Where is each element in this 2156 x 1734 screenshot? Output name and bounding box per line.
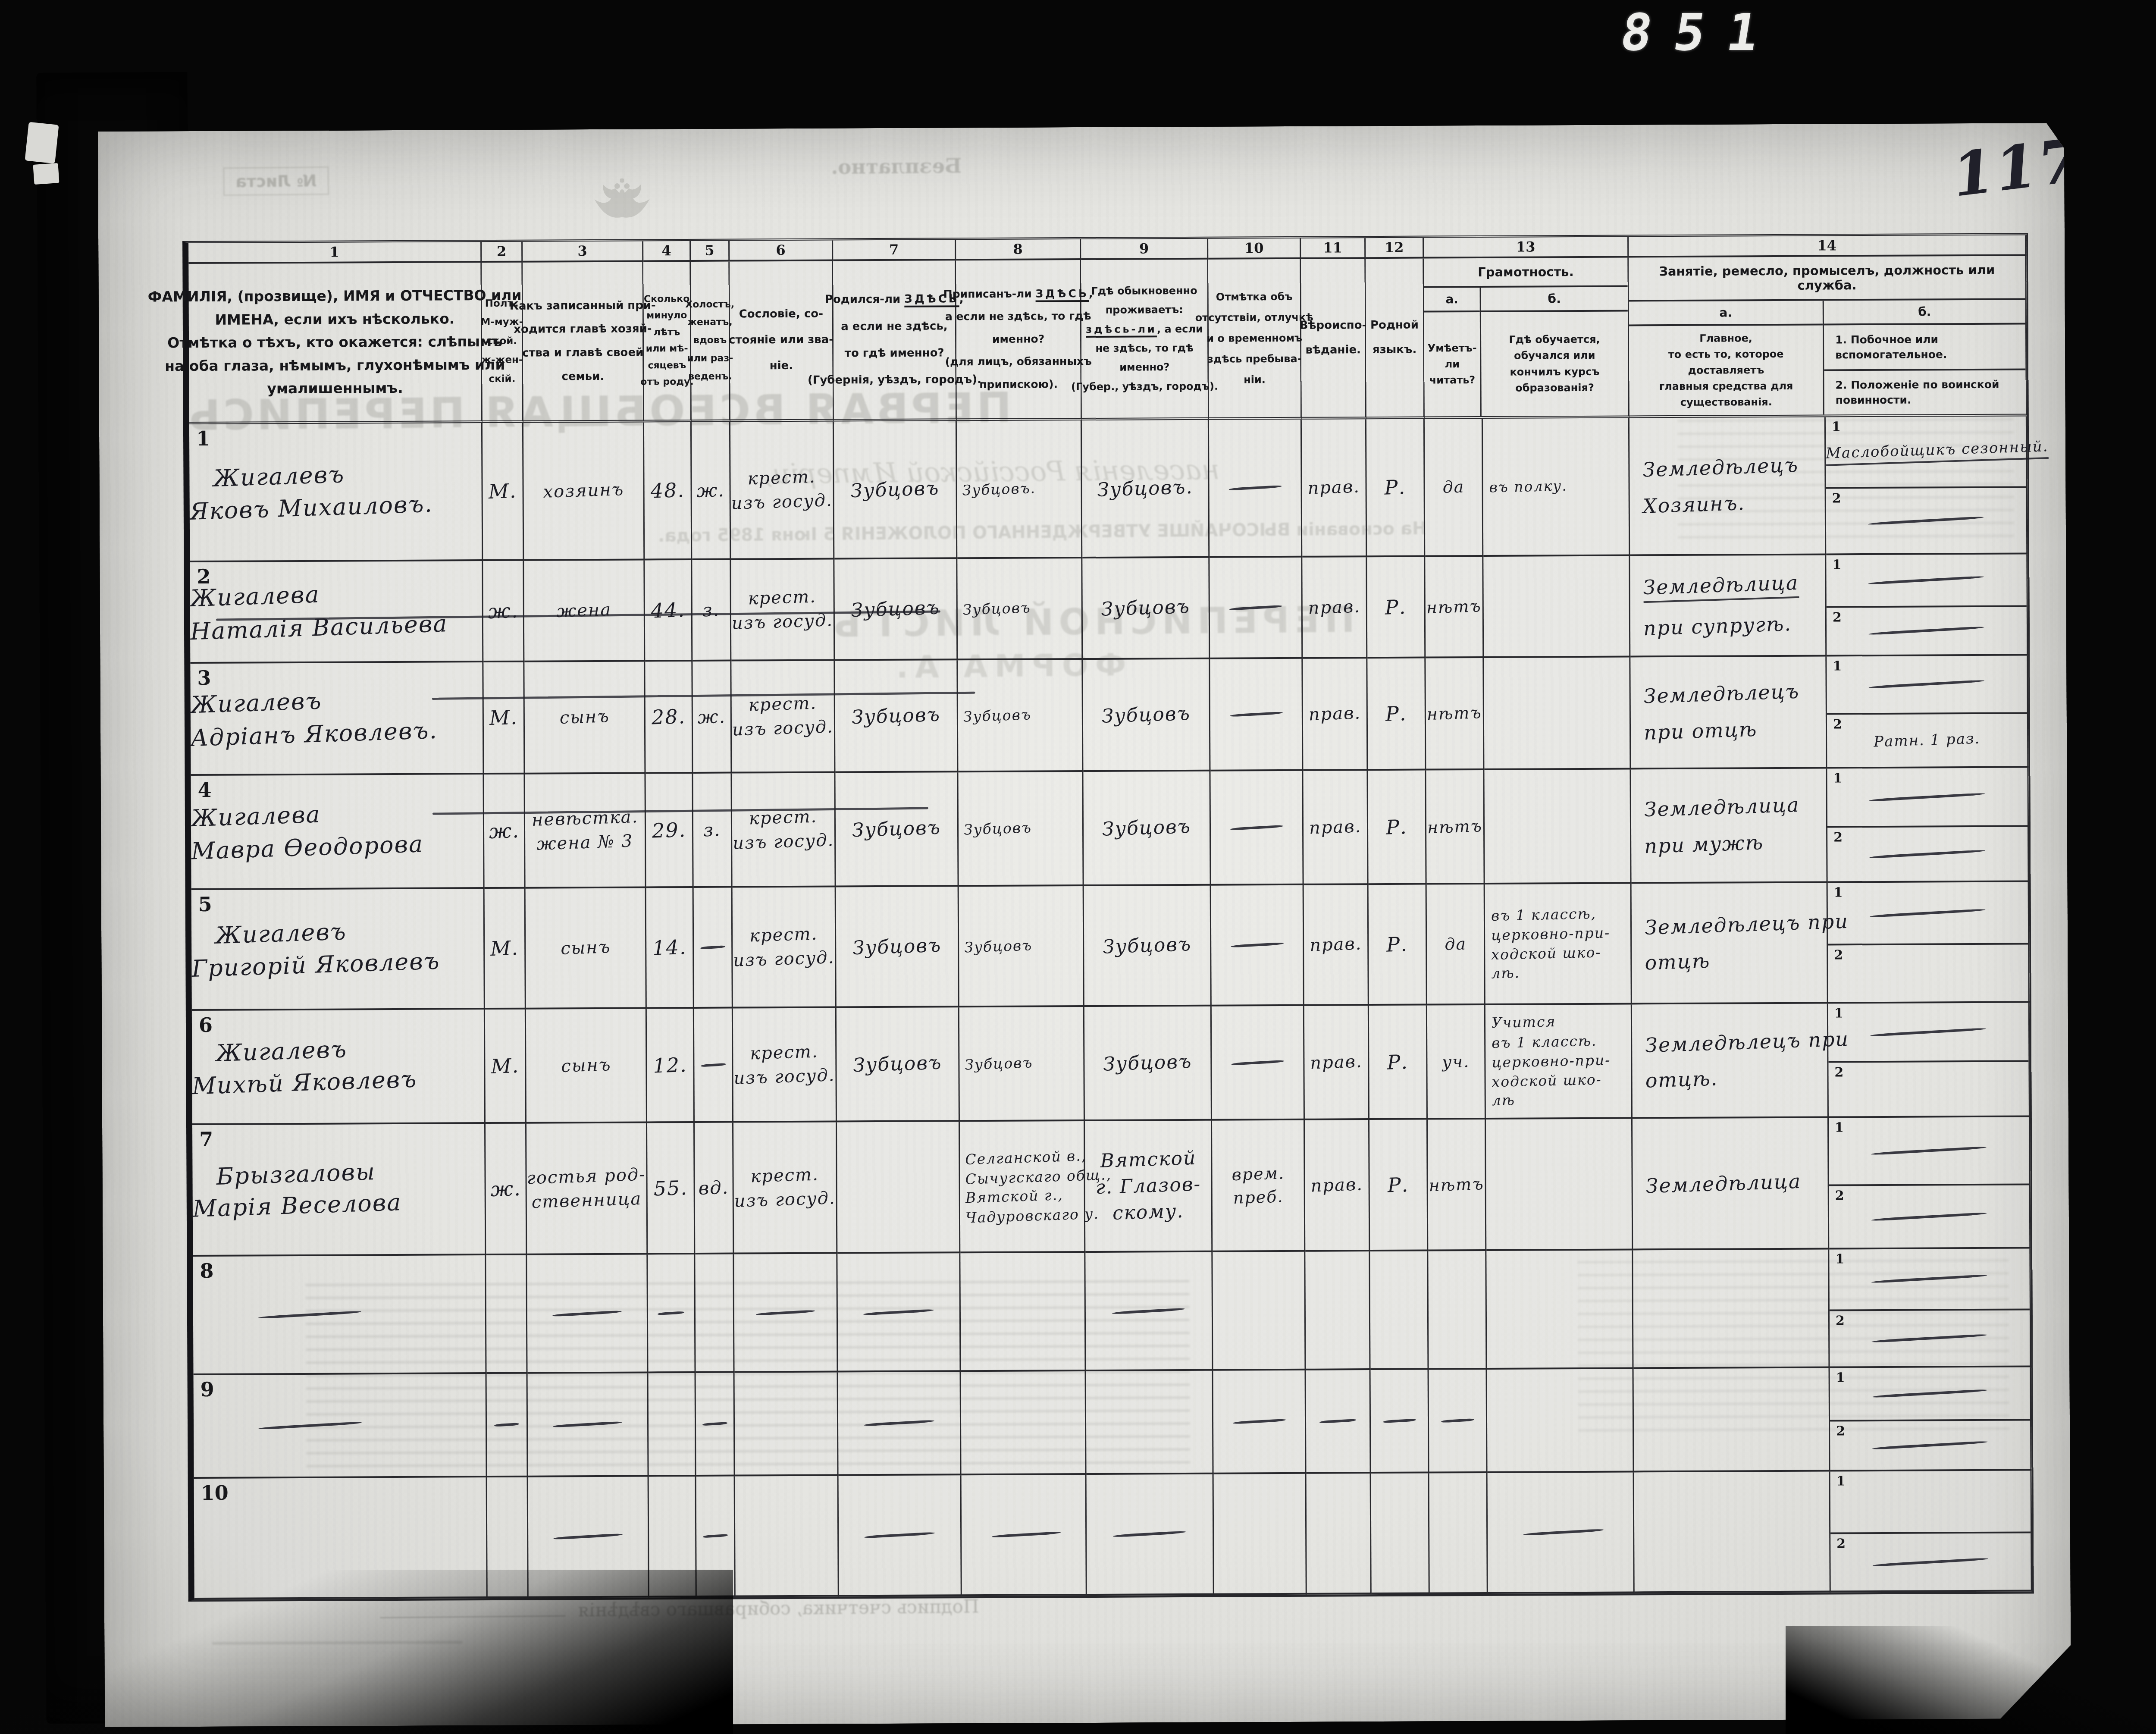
handwritten-entry: скому. <box>1112 1200 1184 1224</box>
row-1-sex: М. <box>483 423 524 561</box>
row-2-resides: Зубцовъ <box>1082 558 1210 660</box>
ink-dash <box>1523 1529 1604 1536</box>
handwritten-entry: крест. <box>748 693 817 715</box>
ink-dash <box>700 945 725 949</box>
ink-dash <box>553 1533 623 1540</box>
handwritten-entry: Марія Веселова <box>192 1188 402 1223</box>
row-10-name: 10 <box>194 1477 488 1599</box>
handwritten-entry: вд. <box>698 1177 729 1199</box>
row-8-military-status: 2 <box>1830 1310 2030 1366</box>
handwritten-entry: гостья род- <box>526 1164 646 1188</box>
row-number: 7 <box>199 1128 213 1151</box>
row-4-age: 29. <box>646 774 693 888</box>
header-line: Родной <box>1370 313 1419 338</box>
handwritten-entry: изъ госуд. <box>733 1065 835 1088</box>
handwritten-entry: прав. <box>1309 934 1362 956</box>
header-c1: ФАМИЛІЯ, (прозвище), ИМЯ и ОТЧЕСТВО илиИ… <box>188 263 483 424</box>
header-line: вдовъ <box>693 332 727 350</box>
header-line: ской. <box>487 332 517 351</box>
handwritten-entry: Маслобойщикъ сезонный. <box>1826 438 2049 466</box>
handwritten-entry: Р. <box>1387 1050 1409 1074</box>
ink-dash <box>494 1423 519 1427</box>
handwritten-entry: Наталія Васильева <box>190 610 448 645</box>
row-9-main <box>1634 1368 1830 1472</box>
handwritten-entry: прав. <box>1310 1174 1363 1196</box>
row-5-name: 5ЖигалевъГригорій Яковлевъ <box>191 889 485 1011</box>
row-8-born <box>837 1253 961 1372</box>
header-line: кончилъ курсъ <box>1481 364 1628 380</box>
row-8-age <box>648 1254 696 1373</box>
handwritten-entry: крест. <box>748 586 817 608</box>
handwritten-entry: лѣ. <box>1491 964 1520 982</box>
row-5-age: 14. <box>646 888 694 1009</box>
row-3-marital: ж. <box>693 662 732 774</box>
header-line: или раз- <box>687 349 733 367</box>
row-6-relation: сынъ <box>526 1009 647 1123</box>
handwritten-entry: Вятской г., <box>965 1186 1063 1206</box>
row-10-military-status: 2 <box>1830 1533 2031 1591</box>
column-number-7: 7 <box>833 240 956 261</box>
ink-dash <box>1871 1146 1987 1155</box>
handwritten-entry: М. <box>490 936 519 960</box>
row-5-sex: М. <box>485 889 526 1010</box>
row-8-side-occupation: 1 <box>1829 1248 2030 1311</box>
row-6-sex: М. <box>485 1010 526 1124</box>
handwritten-entry: Зубцовъ <box>1102 815 1191 840</box>
handwritten-entry: Яковъ Михаиловъ. <box>189 490 433 525</box>
header-line: именно? <box>992 328 1044 351</box>
handwritten-entry: Жигалева <box>190 580 320 612</box>
row-10-age <box>649 1477 697 1597</box>
ink-dash <box>1872 1441 1988 1450</box>
sub-row-number: 1 <box>1834 1006 1843 1021</box>
row-10-registered <box>962 1475 1087 1596</box>
row-4-registered: Зубцовъ <box>958 772 1084 887</box>
row-1-name: 1ЖигалевъЯковъ Михаиловъ. <box>189 423 483 562</box>
row-4-education <box>1484 769 1631 884</box>
row-number: 6 <box>199 1013 213 1037</box>
header-line: проживаетъ: <box>1106 300 1183 320</box>
handwritten-entry: въ 1 классѣ, <box>1491 904 1596 925</box>
row-5-side-occupation: 1 <box>1828 882 2028 945</box>
row-2-relation: жена <box>524 560 645 662</box>
row-4-resides: Зубцовъ <box>1083 771 1211 886</box>
handwritten-entry: М. <box>491 1054 520 1078</box>
handwritten-entry: крест. <box>747 467 816 489</box>
header-c7: Родился-ли ЗДѢСЬ,а если не здѣсь,то гдѣ … <box>833 260 957 421</box>
row-6-language: Р. <box>1369 1006 1428 1120</box>
row-1-estate: крест.изъ госуд. <box>730 422 834 560</box>
row-2-reads: нѣтъ <box>1425 557 1484 658</box>
row-6-marital <box>694 1009 733 1123</box>
row-8-language <box>1370 1251 1429 1370</box>
sub-row-number: 1 <box>1835 1120 1844 1135</box>
sub-row-number: 2 <box>1833 717 1842 732</box>
ink-dash <box>1230 825 1283 830</box>
row-7-age: 55. <box>647 1123 695 1254</box>
row-3-relation: сынъ <box>524 662 646 774</box>
ink-dash <box>992 1531 1061 1538</box>
row-8-marital <box>695 1254 734 1373</box>
handwritten-entry: прав. <box>1307 477 1360 499</box>
row-10-language <box>1371 1474 1430 1595</box>
header-line: припискою). <box>979 373 1058 396</box>
header-c13-literacy-a: а. Умѣетъ-личитать? <box>1424 288 1482 417</box>
row-5-language: Р. <box>1369 885 1427 1006</box>
handwritten-entry: Зубцовъ <box>851 597 940 622</box>
handwritten-entry: ходской шко- <box>1492 1071 1602 1091</box>
sub-row-number: 1 <box>1832 557 1841 572</box>
header-line: языкъ. <box>1373 338 1417 363</box>
handwritten-entry: Земледѣлецъ <box>1643 680 1800 708</box>
sub-row-number: 2 <box>1835 1188 1844 1204</box>
bleedthrough-smudge <box>212 1631 462 1645</box>
row-3-military-status: 2 Ратн. 1 раз. <box>1827 714 2028 767</box>
sub-row-number: 1 <box>1836 1474 1846 1489</box>
row-9-religion <box>1306 1370 1371 1474</box>
handwritten-entry: Зубцовъ <box>1101 596 1190 621</box>
header-line: то есть то, которое доставляетъ <box>1629 346 1823 379</box>
row-6-absence <box>1212 1006 1305 1121</box>
row-3-side-occupation: 1 <box>1827 655 2027 715</box>
row-3-education <box>1484 657 1631 770</box>
sub-row-number: 2 <box>1834 948 1843 963</box>
film-frame-counter: 851 <box>1617 3 1785 62</box>
census-table: 1234567891011121314ФАМИЛІЯ, (прозвище), … <box>182 233 2034 1602</box>
row-1-education: въ полку. <box>1483 418 1630 556</box>
sub-row-number: 1 <box>1835 1251 1844 1267</box>
handwritten-entry: Григорій Яковлевъ <box>191 947 441 982</box>
header-line: (для лицъ, обязанныхъ <box>945 350 1092 373</box>
row-9-military-status: 2 <box>1830 1421 2030 1470</box>
ink-dash <box>1872 1389 1988 1398</box>
handwritten-entry: Зубцовъ <box>853 1052 942 1077</box>
ink-dash <box>1869 626 1985 635</box>
row-3-reads: нѣтъ <box>1426 658 1484 771</box>
row-7-marital: вд. <box>695 1123 734 1254</box>
handwritten-entry: з. <box>703 819 721 840</box>
header-c12: Роднойязыкъ. <box>1366 259 1425 420</box>
handwritten-entry: Ратн. 1 раз. <box>1874 730 1981 751</box>
row-6-born: Зубцовъ <box>837 1007 960 1122</box>
row-6-age: 12. <box>647 1009 695 1123</box>
row-3-religion: прав. <box>1303 658 1368 771</box>
header-line: 1. Побочное или вспомогательное. <box>1824 324 2025 371</box>
row-2-side-occupation: 1 <box>1826 554 2027 608</box>
header-line: Отмѣтка объ <box>1216 286 1293 307</box>
row-8-absence <box>1213 1252 1306 1371</box>
header-line: или мѣ- <box>646 341 688 357</box>
row-4-reads: нѣтъ <box>1426 770 1485 885</box>
ink-dash <box>1872 1334 1988 1343</box>
handwritten-entry: ж. <box>487 599 519 623</box>
ink-dash <box>1873 1557 1989 1566</box>
ink-dash <box>1870 850 1986 859</box>
row-2-main: Земледѣлицапри супругѣ. <box>1630 555 1827 657</box>
handwritten-entry: Земледѣлица <box>1644 793 1800 821</box>
ink-dash <box>258 1311 361 1319</box>
row-5-resides: Зубцовъ <box>1084 886 1212 1007</box>
handwritten-entry: нѣтъ <box>1426 703 1482 724</box>
ink-dash <box>703 1534 728 1538</box>
handwritten-entry: Зубцовъ <box>1103 1050 1192 1076</box>
handwritten-entry: Вятской <box>1100 1147 1196 1172</box>
handwritten-entry: Зубцовъ <box>852 817 941 842</box>
handwritten-entry: врем. <box>1232 1163 1285 1184</box>
handwritten-entry: Земледѣлецъ при <box>1645 1027 1849 1057</box>
row-5-secondary-occupation: 1 2 <box>1828 882 2030 1003</box>
handwritten-entry: Жигалевъ <box>215 918 347 949</box>
column-number-9: 9 <box>1081 239 1208 260</box>
row-7-born <box>837 1122 960 1254</box>
column-number-5: 5 <box>691 241 730 262</box>
handwritten-entry: ж. <box>697 706 726 727</box>
row-1-reads: да <box>1425 419 1483 557</box>
row-2-sex: ж. <box>483 561 524 662</box>
handwritten-entry: крест. <box>750 1164 819 1186</box>
ink-dash <box>1231 942 1284 948</box>
header-line: читать? <box>1424 372 1480 389</box>
row-8-relation <box>527 1254 648 1373</box>
row-number: 9 <box>201 1378 214 1401</box>
row-5-main: Земледѣлецъ приотцѣ <box>1632 883 1828 1004</box>
row-5-education: въ 1 классѣ,церковно-при-ходской шко-лѣ. <box>1485 884 1632 1005</box>
handwritten-entry: уч. <box>1442 1052 1470 1072</box>
ink-dash <box>864 1532 935 1538</box>
row-10-secondary-occupation: 1 2 <box>1830 1471 2032 1592</box>
handwritten-entry: да <box>1442 477 1465 497</box>
row-4-name: 4ЖигалеваМавра Ѳеодорова <box>191 774 484 890</box>
ink-dash <box>1113 1531 1186 1538</box>
handwritten-entry: Зубцовъ <box>963 819 1032 838</box>
row-10-reads <box>1429 1473 1488 1594</box>
row-4-marital: з. <box>693 774 732 888</box>
header-line: женатъ, <box>687 314 733 332</box>
handwritten-entry: прав. <box>1308 596 1361 618</box>
handwritten-entry: Зубцовъ <box>852 934 941 959</box>
row-3-registered: Зубцовъ <box>958 660 1083 772</box>
header-c14-occupation-b: б.1. Побочное или вспомогательное.2. Пол… <box>1824 300 2026 414</box>
row-10-education <box>1488 1472 1635 1593</box>
row-2-language: Р. <box>1367 557 1426 659</box>
row-9-name: 9 <box>194 1374 487 1479</box>
row-9-language <box>1371 1370 1429 1474</box>
row-5-estate: крест.изъ госуд. <box>733 887 837 1009</box>
row-7-sex: ж. <box>486 1124 527 1255</box>
row-9-secondary-occupation: 1 2 <box>1830 1367 2031 1471</box>
handwritten-entry: отцѣ. <box>1645 1066 1718 1092</box>
row-7-name: 7БрызгаловыМарія Веселова <box>192 1124 486 1257</box>
header-line: ства и главѣ своей <box>522 341 643 365</box>
handwritten-entry: Зубцовъ <box>963 706 1031 725</box>
header-line: сяцевъ <box>648 357 686 374</box>
row-3-language: Р. <box>1367 658 1426 771</box>
row-7-reads: нѣтъ <box>1428 1119 1486 1251</box>
handwritten-entry: при мужѣ <box>1644 831 1764 858</box>
row-8-estate <box>734 1254 838 1373</box>
handwritten-entry: въ полку. <box>1489 477 1567 496</box>
row-5-relation: сынъ <box>526 888 647 1009</box>
ink-dash <box>1232 1419 1285 1424</box>
column-number-8: 8 <box>956 239 1081 260</box>
row-10-estate <box>735 1476 839 1597</box>
row-3-age: 28. <box>645 662 693 774</box>
ink-dash <box>1870 908 1986 917</box>
handwritten-entry: изъ госуд. <box>734 1188 836 1211</box>
row-8-secondary-occupation: 1 2 <box>1829 1248 2031 1368</box>
row-5-reads: да <box>1427 884 1485 1006</box>
handwritten-entry: да <box>1444 934 1467 954</box>
row-1-absence <box>1209 420 1302 558</box>
row-7-absence: врем.преб. <box>1212 1120 1305 1252</box>
handwritten-entry: изъ госуд. <box>731 490 833 514</box>
row-2-military-status: 2 <box>1827 607 2027 655</box>
handwritten-entry: Брызгаловы <box>216 1158 376 1190</box>
handwritten-entry: преб. <box>1233 1187 1284 1207</box>
handwritten-entry: ственница <box>531 1188 642 1212</box>
row-number: 1 <box>196 427 210 450</box>
row-1-religion: прав. <box>1302 419 1367 558</box>
handwritten-entry: 14. <box>652 935 687 960</box>
handwritten-entry: крест. <box>749 924 818 946</box>
header-line: обучался или <box>1481 348 1628 364</box>
row-3-estate: крест.изъ госуд. <box>731 661 835 774</box>
row-7-secondary-occupation: 1 2 <box>1829 1117 2031 1249</box>
handwritten-entry: хозяинъ <box>543 480 624 502</box>
row-7-registered: Селганской в.,Сычугскаго общ.,Вятской г.… <box>960 1121 1085 1253</box>
handwritten-entry: з. <box>702 599 720 621</box>
header-line: веденъ. <box>688 367 732 386</box>
header-line: Сколько <box>644 291 689 307</box>
handwritten-entry: Михѣй Яковлевъ <box>192 1065 417 1100</box>
row-9-side-occupation: 1 <box>1830 1367 2030 1421</box>
handwritten-entry: Селганской в., <box>965 1147 1087 1168</box>
header-line: а если не здѣсь, <box>841 313 948 340</box>
handwritten-entry: жена <box>556 600 612 621</box>
handwritten-entry: изъ госуд. <box>733 947 835 971</box>
row-8-main <box>1633 1249 1830 1369</box>
handwritten-entry: ж. <box>696 479 725 501</box>
ink-dash <box>1871 1212 1987 1221</box>
row-4-religion: прав. <box>1303 771 1368 885</box>
header-line: ИМЕНА, если ихъ нѣсколько. <box>215 307 454 331</box>
row-6-resides: Зубцовъ <box>1084 1007 1212 1121</box>
handwritten-entry: 48. <box>650 478 685 503</box>
header-c3: Какъ записанный при-ходится главѣ хозяй-… <box>523 262 644 423</box>
handwritten-entry: нѣтъ <box>1427 816 1482 837</box>
ink-dash <box>1229 605 1282 610</box>
row-5-registered: Зубцовъ <box>959 886 1084 1007</box>
header-line: здѣсь-ли, а если <box>1086 319 1203 339</box>
row-6-religion: прав. <box>1304 1006 1369 1120</box>
row-9-marital <box>696 1373 735 1477</box>
row-6-estate: крест.изъ госуд. <box>733 1008 837 1123</box>
microfilm-frame: { "film": { "frame_counter": "851" }, "p… <box>0 0 2156 1734</box>
row-1-side-occupation: 1 Маслобойщикъ сезонный. <box>1826 416 2026 489</box>
header-line: вѣданіе. <box>1305 338 1361 363</box>
row-4-secondary-occupation: 1 2 <box>1827 768 2029 883</box>
row-4-military-status: 2 <box>1827 827 2028 881</box>
row-4-estate: крест.изъ госуд. <box>732 773 836 888</box>
ink-dash <box>1231 1060 1284 1065</box>
handwritten-entry: Зубцовъ <box>1102 933 1191 958</box>
row-9-born <box>838 1372 962 1476</box>
column-number-1: 1 <box>188 242 482 264</box>
row-1-born: Зубцовъ <box>834 421 957 559</box>
handwritten-entry: нѣтъ <box>1426 596 1482 617</box>
row-3-secondary-occupation: 1 2 Ратн. 1 раз. <box>1827 655 2028 768</box>
handwritten-entry: Земледѣлица <box>1645 1169 1802 1198</box>
row-8-name: 8 <box>193 1255 486 1375</box>
header-line: 2. Положеніе по воинской повинности. <box>1824 370 2025 415</box>
row-9-sex <box>487 1374 528 1477</box>
header-line: Отмѣтка о тѣхъ, кто окажется: слѣпымъ <box>167 330 502 354</box>
imperial-eagle-stamp <box>587 176 657 241</box>
row-9-absence <box>1213 1370 1307 1474</box>
ink-dash <box>756 1310 815 1316</box>
handwritten-entry: Р. <box>1387 1173 1409 1197</box>
row-5-absence <box>1211 885 1304 1007</box>
paper-chip <box>25 122 59 164</box>
row-4-main: Земледѣлицапри мужѣ <box>1631 768 1827 884</box>
row-2-estate: крест.изъ госуд. <box>731 560 835 662</box>
row-5-born: Зубцовъ <box>836 887 959 1008</box>
header-c9: Гдѣ обыкновеннопроживаетъ:здѣсь-ли, а ес… <box>1081 260 1209 420</box>
row-9-reads <box>1429 1370 1488 1474</box>
row-2-registered: Зубцовъ <box>957 558 1083 660</box>
ink-dash <box>1869 680 1985 689</box>
row-7-side-occupation: 1 <box>1829 1117 2029 1186</box>
handwritten-entry: сынъ <box>560 937 611 959</box>
row-6-education: Учитсявъ 1 классѣ.церковно-при-ходской ш… <box>1485 1004 1633 1119</box>
row-6-name: 6ЖигалевъМихѣй Яковлевъ <box>192 1010 486 1125</box>
header-line: (Губер., уѣздъ, городъ). <box>1071 376 1218 396</box>
sub-row-number: 2 <box>1834 1065 1843 1080</box>
row-5-marital <box>694 888 733 1009</box>
handwritten-entry: Адріанъ Яковлевъ. <box>190 717 438 752</box>
header-line: Гдѣ обыкновенно <box>1091 281 1197 301</box>
bleedthrough-free-label: Безплатно. <box>831 154 962 179</box>
handwritten-entry: Зубцовъ <box>851 703 940 728</box>
header-line: отсутствіи, отлучкѣ <box>1195 307 1313 328</box>
row-10-sex <box>487 1477 529 1598</box>
header-line: образованія? <box>1481 379 1628 396</box>
header-line: умалишеннымъ. <box>267 376 403 400</box>
handwritten-entry: изъ госуд. <box>732 717 834 740</box>
header-line: Гдѣ обучается, <box>1481 332 1628 348</box>
header-line: отъ роду. <box>640 374 694 391</box>
sub-row-number: 1 <box>1834 885 1843 900</box>
row-6-main: Земледѣлецъ приотцѣ. <box>1632 1003 1829 1119</box>
sub-row-number: 1 <box>1833 658 1842 674</box>
ink-dash <box>1228 485 1282 491</box>
column-number-11: 11 <box>1301 238 1366 259</box>
row-8-religion <box>1305 1251 1370 1370</box>
handwritten-entry: 44. <box>651 598 686 622</box>
header-c13-literacy: Грамотность. а. Умѣетъ-личитать? б.Гдѣ о… <box>1424 257 1630 419</box>
handwritten-entry: Чадуровскаго у. <box>965 1205 1099 1226</box>
ink-dash <box>702 1422 727 1426</box>
header-c5: Холостъ,женатъ,вдовъили раз-веденъ. <box>691 262 730 422</box>
header-line: главныя средства для существованія. <box>1629 378 1823 411</box>
column-number-10: 10 <box>1208 238 1301 260</box>
handwritten-entry: Жигалевъ <box>213 461 345 492</box>
row-10-side-occupation: 1 <box>1830 1471 2031 1534</box>
header-line: Какъ записанный при- <box>510 294 656 318</box>
row-number: 5 <box>198 893 212 916</box>
row-1-registered: Зубцовъ. <box>957 420 1082 559</box>
header-line: ніи. <box>1244 369 1266 390</box>
